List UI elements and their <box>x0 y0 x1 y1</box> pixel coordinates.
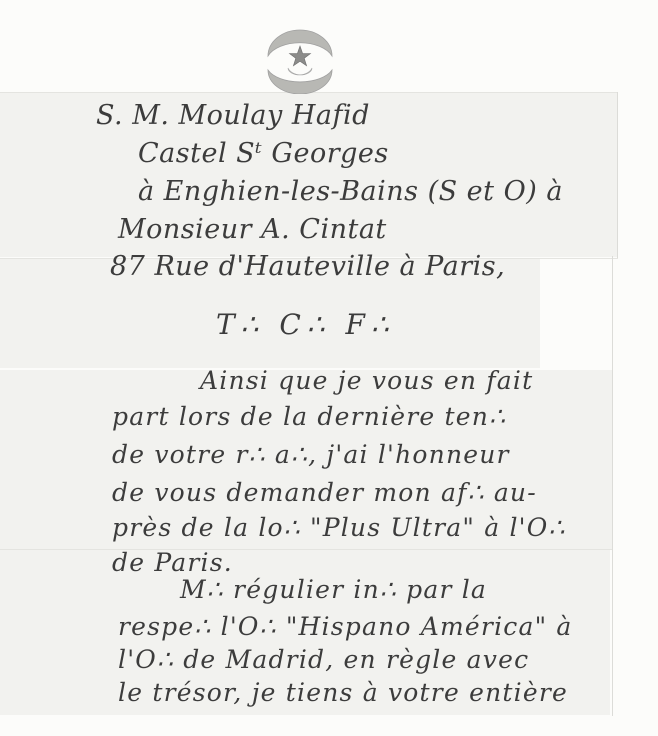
address-line: Castel Sᵗ Georges <box>138 138 389 169</box>
body-line: l'O∴ de Madrid, en règle avec <box>118 645 529 674</box>
body-line: part lors de la dernière ten∴ <box>112 402 506 431</box>
address-line: Monsieur A. Cintat <box>118 214 387 245</box>
faint-vrule <box>612 256 613 716</box>
address-line: 87 Rue d'Hauteville à Paris, <box>110 251 505 282</box>
address-line: S. M. Moulay Hafid <box>96 100 370 131</box>
address-line: à Enghien-les-Bains (S et O) à <box>138 176 563 207</box>
letter-page: S. M. Moulay Hafid Castel Sᵗ Georges à E… <box>0 0 658 736</box>
body-line: M∴ régulier in∴ par la <box>180 575 487 604</box>
star-and-crescent-icon <box>262 28 338 94</box>
body-line: de vous demander mon af∴ au- <box>112 478 537 507</box>
salutation: T∴ C∴ F∴ <box>216 308 395 341</box>
body-line: près de la lo∴ "Plus Ultra" à l'O∴ <box>112 513 566 542</box>
body-line: Ainsi que je vous en fait <box>200 366 533 395</box>
body-line: respe∴ l'O∴ "Hispano América" à <box>118 612 573 641</box>
body-line: de votre r∴ a∴, j'ai l'honneur <box>112 440 510 469</box>
body-line: le trésor, je tiens à votre entière <box>118 678 568 707</box>
faint-rule <box>0 549 612 550</box>
faint-vrule <box>617 92 618 258</box>
body-line: de Paris. <box>112 548 233 577</box>
